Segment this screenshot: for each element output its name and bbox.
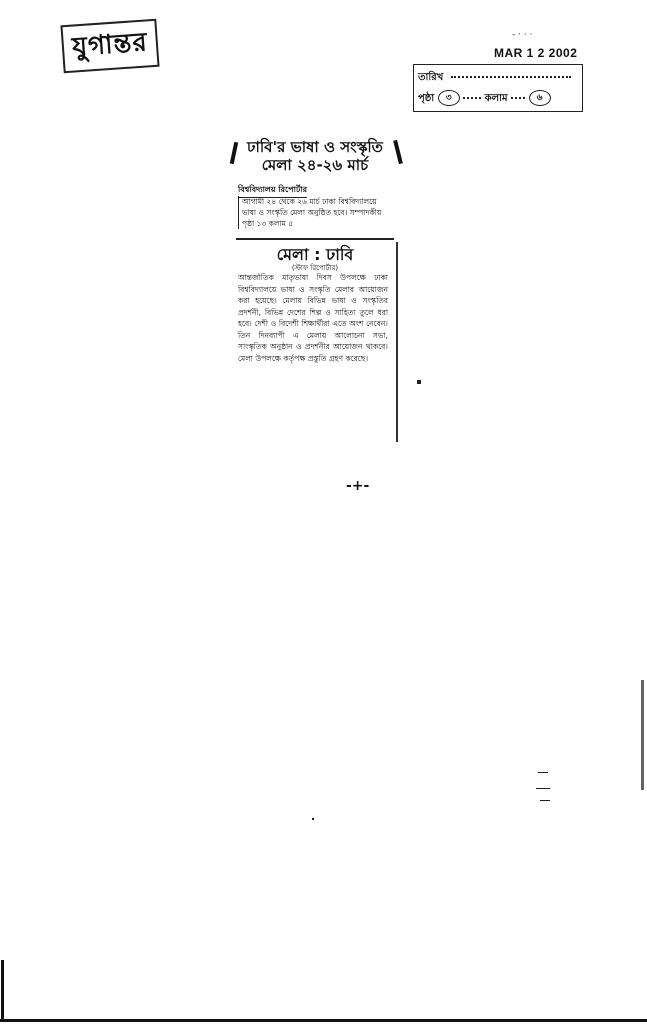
scan-speck — [538, 772, 548, 773]
page-column-row: পৃষ্ঠা ৩ কলাম ৬ — [418, 90, 551, 108]
date-row: তারিখ — [418, 70, 571, 87]
page-value: ৩ — [438, 90, 460, 106]
dotted-line — [511, 97, 525, 99]
dotted-line — [451, 76, 571, 78]
news-clipping: ঢাবি'র ভাষা ও সংস্কৃতি মেলা ২৪-২৬ মার্চ … — [236, 138, 394, 454]
brief-text: আগামী ২৪ থেকে ২৬ মার্চ ঢাকা বিশ্ববিদ্যাল… — [238, 196, 392, 229]
article-body: আন্তর্জাতিক মাতৃভাষা দিবস উপলক্ষে ঢাকা ব… — [238, 272, 388, 364]
dotted-line — [463, 97, 481, 99]
reference-box: তারিখ পৃষ্ঠা ৩ কলাম ৬ — [413, 64, 583, 112]
scan-speck — [540, 800, 550, 801]
headline: ঢাবি'র ভাষা ও সংস্কৃতি মেলা ২৪-২৬ মার্চ — [236, 138, 394, 174]
column-rule — [396, 242, 398, 442]
column-label: কলাম — [485, 93, 508, 104]
divider — [236, 238, 394, 240]
column-value: ৬ — [529, 90, 551, 106]
headline-line-2: মেলা ২৪-২৬ মার্চ — [236, 156, 394, 174]
page-label: পৃষ্ঠা — [418, 93, 434, 104]
scan-speck — [536, 788, 550, 789]
scan-edge — [1, 960, 4, 1022]
scan-edge — [641, 680, 644, 790]
headline-line-1: ঢাবি'র ভাষা ও সংস্কৃতি — [236, 138, 394, 156]
bracket-mark — [393, 140, 403, 164]
date-stamp: MAR 1 2 2002 — [494, 46, 577, 60]
top-marks: - · · · — [512, 30, 532, 40]
page-mark: -+- — [346, 478, 369, 494]
scan-speck — [417, 380, 421, 384]
date-label: তারিখ — [418, 72, 443, 83]
newspaper-name-stamp: যুগান্তর — [60, 19, 159, 74]
scan-edge — [0, 1019, 647, 1022]
scan-speck — [312, 818, 314, 820]
